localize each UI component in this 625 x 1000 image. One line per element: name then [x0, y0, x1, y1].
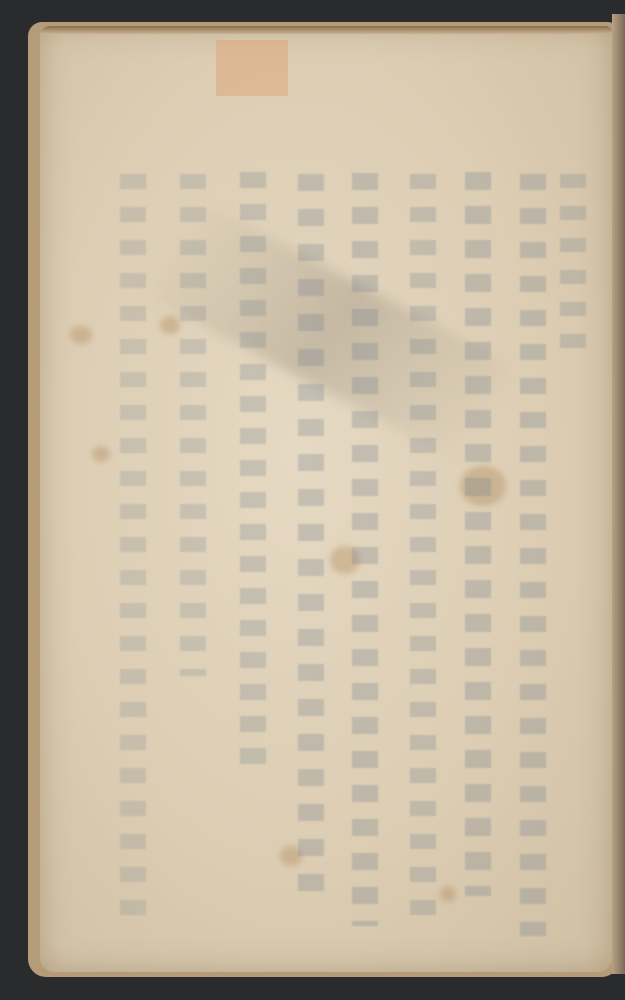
text-column	[520, 156, 546, 936]
text-column	[352, 156, 378, 926]
text-column	[465, 156, 491, 896]
text-column	[180, 156, 206, 676]
text-column	[240, 156, 266, 776]
top-edge-band	[40, 26, 612, 34]
text-column	[298, 156, 324, 896]
text-columns	[80, 156, 600, 972]
adjacent-page-edge	[612, 14, 625, 974]
manuscript-page	[40, 26, 612, 972]
text-column	[560, 156, 586, 356]
tape-residue	[216, 40, 288, 96]
text-column	[120, 156, 146, 916]
text-column	[410, 156, 436, 916]
